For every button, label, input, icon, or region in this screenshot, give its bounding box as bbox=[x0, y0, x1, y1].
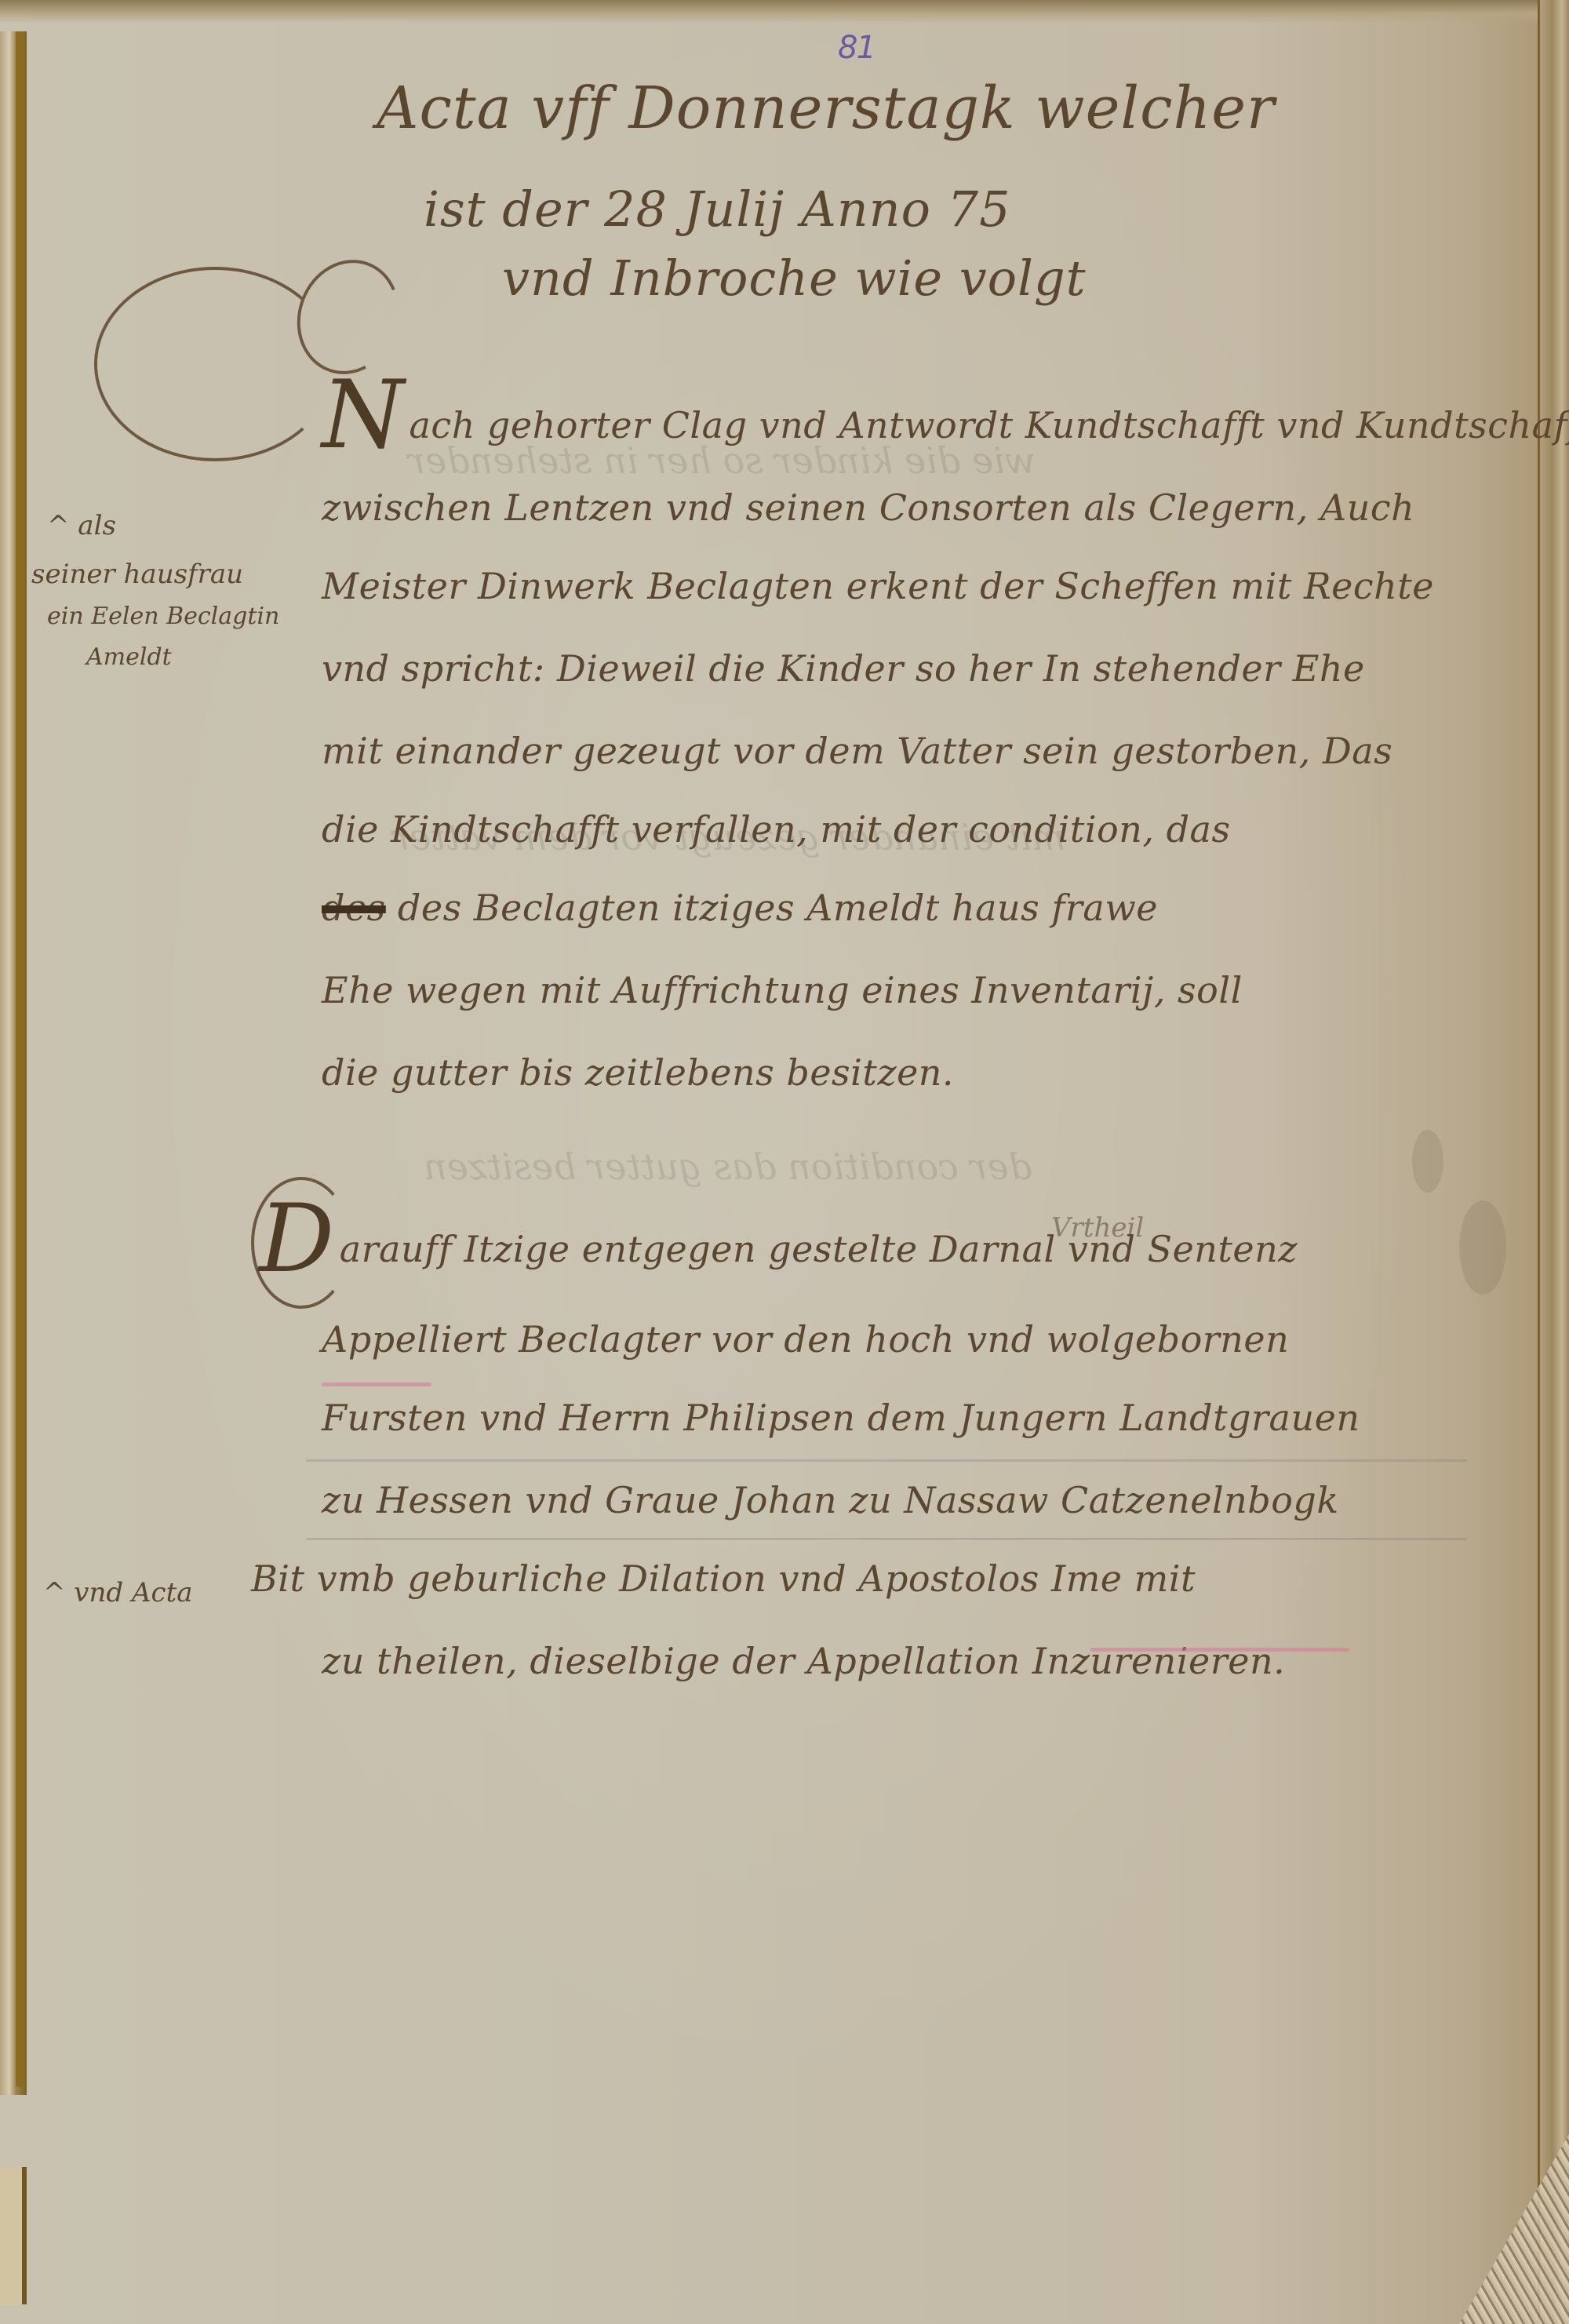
header-line-3: vnd Inbroche wie volgt bbox=[502, 250, 1087, 307]
body-line: Appelliert Beclagter vor den hoch vnd wo… bbox=[322, 1318, 1289, 1361]
body-line: mit einander gezeugt vor dem Vatter sein… bbox=[322, 730, 1392, 772]
ink-bleed-through: der condition das gutter besitzen bbox=[424, 1146, 1032, 1188]
binding-rule bbox=[16, 31, 24, 2087]
body-line: Ehe wegen mit Auffrichtung eines Inventa… bbox=[322, 969, 1243, 1011]
stain bbox=[1412, 1130, 1443, 1193]
header-line-2: ist der 28 Julij Anno 75 bbox=[424, 180, 1011, 238]
pink-pencil-mark bbox=[322, 1382, 431, 1386]
right-fold-edge bbox=[1538, 0, 1569, 2324]
body-line: zwischen Lentzen vnd seinen Consorten al… bbox=[322, 486, 1414, 529]
margin-note-caret: ^ als bbox=[47, 510, 116, 541]
body-line: Bit vmb geburliche Dilation vnd Apostolo… bbox=[251, 1557, 1196, 1600]
margin-note-line: seiner hausfrau bbox=[31, 559, 243, 590]
frayed-page-corner bbox=[1459, 2134, 1569, 2324]
header-line-1: Acta vff Donnerstagk welcher bbox=[377, 75, 1275, 142]
flourish-loop bbox=[94, 267, 336, 461]
folio-number: 81 bbox=[838, 30, 875, 66]
manuscript-page: wie die kinder so her in stehender mit e… bbox=[0, 0, 1569, 2324]
body-line: die Kindtschafft verfallen, mit der cond… bbox=[322, 808, 1231, 851]
margin-note-line: Ameldt bbox=[86, 643, 172, 671]
drop-initial: D bbox=[259, 1185, 335, 1294]
body-line: vnd spricht: Dieweil die Kinder so her I… bbox=[322, 647, 1365, 690]
shelf-tab bbox=[0, 2167, 27, 2304]
body-line: zu Hessen vnd Graue Johan zu Nassaw Catz… bbox=[322, 1479, 1339, 1521]
margin-note-line: ein Eelen Beclagtin bbox=[47, 603, 279, 630]
pencil-rule bbox=[306, 1459, 1467, 1462]
body-line: Fursten vnd Herrn Philipsen dem Jungern … bbox=[322, 1397, 1360, 1439]
page-top-edge bbox=[0, 0, 1569, 24]
body-line: die gutter bis zeitlebens besitzen. bbox=[322, 1051, 954, 1094]
pink-pencil-mark bbox=[1090, 1648, 1349, 1652]
body-line: Darauff Itzige entgegen gestelte Darnal … bbox=[259, 1193, 1298, 1287]
pencil-rule bbox=[306, 1538, 1467, 1540]
body-line-with-strikethrough: des des Beclagten itziges Ameldt haus fr… bbox=[322, 887, 1158, 929]
struck-word: des bbox=[322, 887, 386, 929]
drop-initial: N bbox=[322, 361, 405, 470]
body-line: zu theilen, dieselbige der Appellation I… bbox=[322, 1640, 1285, 1682]
stain bbox=[1459, 1200, 1506, 1295]
body-line: Nach gehorter Clag vnd Antwordt Kundtsch… bbox=[322, 369, 1569, 463]
body-line: Meister Dinwerk Beclagten erkent der Sch… bbox=[322, 565, 1434, 607]
margin-note-acta: ^ vnd Acta bbox=[43, 1577, 193, 1608]
